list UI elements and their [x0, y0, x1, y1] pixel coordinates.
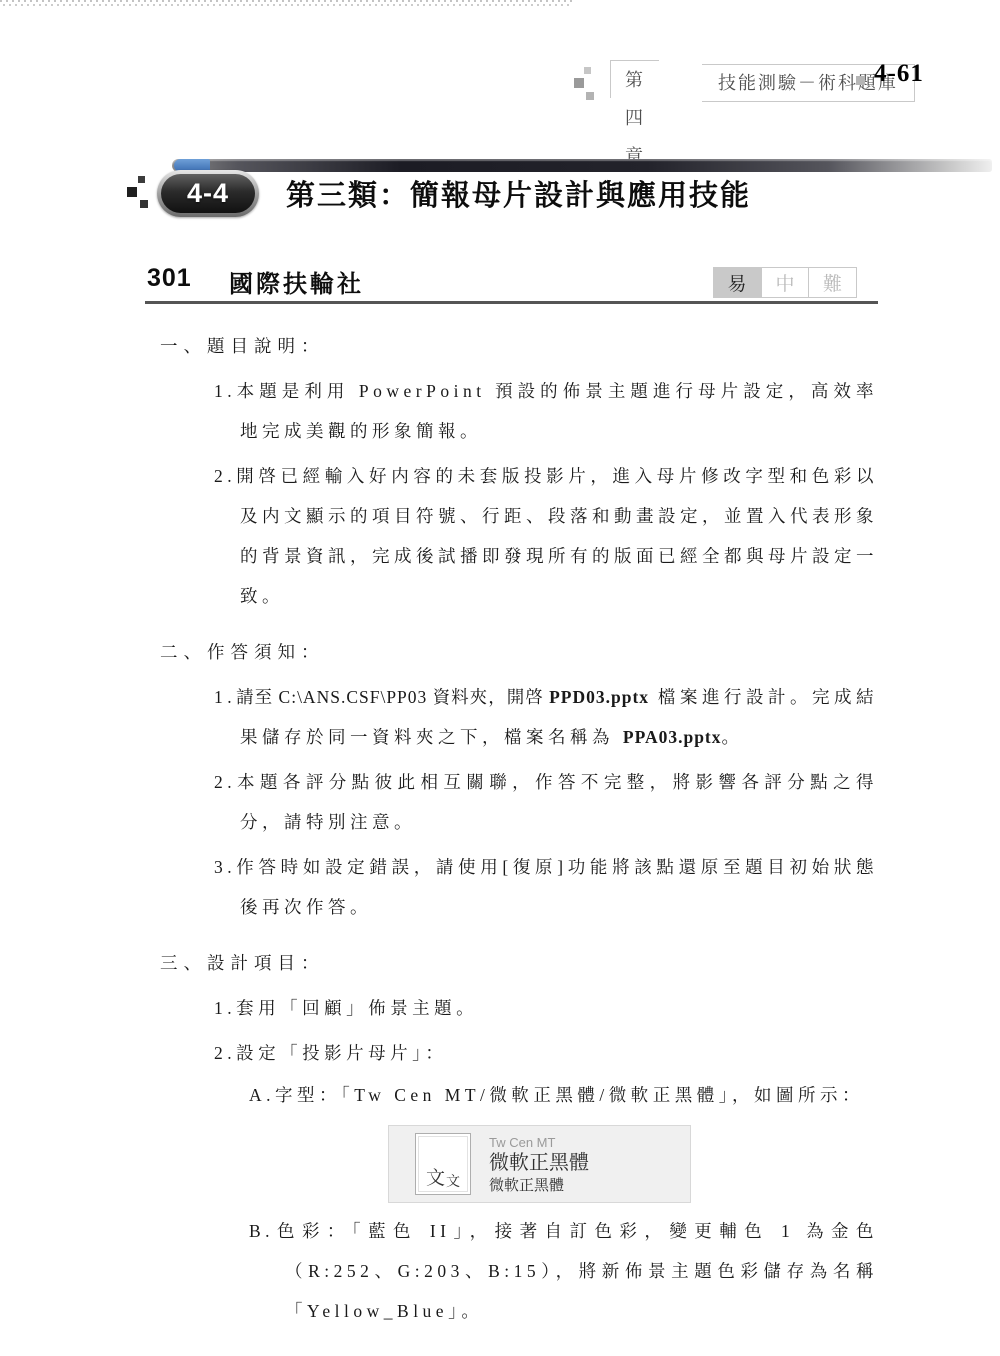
list-item: 1.套用「回顧」佈景主題。 — [160, 988, 878, 1028]
badge-decorative-square — [127, 187, 137, 197]
item-number: 2. — [214, 466, 236, 486]
section-title: 第三類：簡報母片設計與應用技能 — [286, 173, 751, 214]
font-sample-glyph-small: 文 — [446, 1174, 460, 1188]
section-banner-bar — [172, 159, 992, 172]
badge-decorative-square — [140, 200, 148, 208]
subitem-letter: A. — [249, 1085, 275, 1105]
difficulty-medium-badge: 中 — [761, 267, 809, 298]
section-number-badge-inner: 4-4 — [161, 174, 255, 213]
item-text: 本題各評分點彼此相互關聯，作答不完整，將影響各評分點之得分，請特別注意。 — [236, 772, 878, 832]
list-item: 2.設定「投影片母片」： — [160, 1033, 878, 1073]
font-name-latin: Tw Cen MT — [489, 1134, 589, 1151]
font-name-body: 微軟正黑體 — [489, 1176, 589, 1195]
question-body: 一、題目說明： 1.本題是利用 PowerPoint 預設的佈景主題進行母片設定… — [160, 326, 878, 1347]
item-number: 2. — [214, 1043, 236, 1063]
difficulty-indicator: 易 中 難 — [713, 267, 857, 298]
subitem-letter: B. — [249, 1221, 274, 1241]
font-settings-figure: 文文 Tw Cen MT 微軟正黑體 微軟正黑體 — [388, 1125, 691, 1203]
font-name-heading: 微軟正黑體 — [489, 1151, 589, 1176]
header-decorative-square — [584, 67, 591, 74]
question-number: 301 — [147, 264, 192, 293]
filename-bold: PPD03.pptx — [549, 687, 649, 707]
question-title: 國際扶輪社 — [229, 264, 364, 299]
subitem-text: 色彩：「藍色 II」，接著自訂色彩，變更輔色 1 為金色（R:252、G:203… — [274, 1221, 878, 1321]
item-number: 1. — [214, 998, 236, 1018]
item-text: 套用「回顧」佈景主題。 — [236, 998, 478, 1018]
section-heading: 一、題目說明： — [160, 326, 878, 366]
list-item: 2.開啓已經輸入好内容的未套版投影片，進入母片修改字型和色彩以及内文顯示的項目符… — [160, 456, 878, 616]
item-text: 作答時如設定錯誤，請使用[復原]功能將該點還原至題目初始狀態後再次作答。 — [236, 857, 878, 917]
header-decorative-square — [586, 92, 594, 100]
font-sample-icon: 文文 — [415, 1133, 471, 1195]
list-item: 1.請至 C:\ANS.CSF\PP03 資料夾，開啓 PPD03.pptx 檔… — [160, 677, 878, 757]
item-text: 設定「投影片母片」： — [236, 1043, 447, 1063]
sub-list-item: A.字型：「Tw Cen MT/微軟正黑體/微軟正黑體」，如圖所示： — [160, 1075, 878, 1115]
section-number-badge: 4-4 — [157, 170, 259, 217]
filename-bold: PPA03.pptx — [623, 727, 722, 747]
item-number: 3. — [214, 857, 236, 877]
item-number: 1. — [214, 687, 236, 707]
section-heading: 三、設計項目： — [160, 943, 878, 983]
list-item: 1.本題是利用 PowerPoint 預設的佈景主題進行母片設定，高效率地完成美… — [160, 371, 878, 451]
item-number: 1. — [214, 381, 236, 401]
section-number: 4-4 — [187, 178, 229, 209]
font-sample-glyph-large: 文 — [426, 1169, 445, 1188]
page-number-square — [856, 76, 865, 85]
list-item: 3.作答時如設定錯誤，請使用[復原]功能將該點還原至題目初始狀態後再次作答。 — [160, 847, 878, 927]
header-decorative-square — [574, 78, 584, 88]
item-text-segment: 請至 C:\ANS.CSF\PP03 資料夾，開啓 — [236, 687, 549, 707]
subitem-text: 字型：「Tw Cen MT/微軟正黑體/微軟正黑體」，如圖所示： — [275, 1085, 864, 1105]
sub-list-item: B.色彩：「藍色 II」，接著自訂色彩，變更輔色 1 為金色（R:252、G:2… — [160, 1211, 878, 1331]
item-text: 開啓已經輸入好内容的未套版投影片，進入母片修改字型和色彩以及内文顯示的項目符號、… — [236, 466, 878, 606]
header-dotted-rule — [0, 0, 572, 6]
font-names-list: Tw Cen MT 微軟正黑體 微軟正黑體 — [489, 1134, 589, 1195]
chapter-label: 第四章 — [610, 60, 659, 98]
page-number: 4-61 — [874, 60, 924, 88]
item-text-segment: 。 — [722, 727, 744, 747]
section-description: 一、題目說明： 1.本題是利用 PowerPoint 預設的佈景主題進行母片設定… — [160, 326, 878, 616]
item-number: 2. — [214, 772, 236, 792]
difficulty-easy-badge: 易 — [713, 267, 761, 298]
question-heading-rule — [145, 301, 878, 304]
section-instructions: 二、作答須知： 1.請至 C:\ANS.CSF\PP03 資料夾，開啓 PPD0… — [160, 632, 878, 927]
badge-decorative-square — [138, 176, 145, 183]
section-heading: 二、作答須知： — [160, 632, 878, 672]
item-text: 本題是利用 PowerPoint 預設的佈景主題進行母片設定，高效率地完成美觀的… — [236, 381, 878, 441]
list-item: 2.本題各評分點彼此相互關聯，作答不完整，將影響各評分點之得分，請特別注意。 — [160, 762, 878, 842]
section-design-items: 三、設計項目： 1.套用「回顧」佈景主題。 2.設定「投影片母片」： A.字型：… — [160, 943, 878, 1331]
difficulty-hard-badge: 難 — [809, 267, 857, 298]
